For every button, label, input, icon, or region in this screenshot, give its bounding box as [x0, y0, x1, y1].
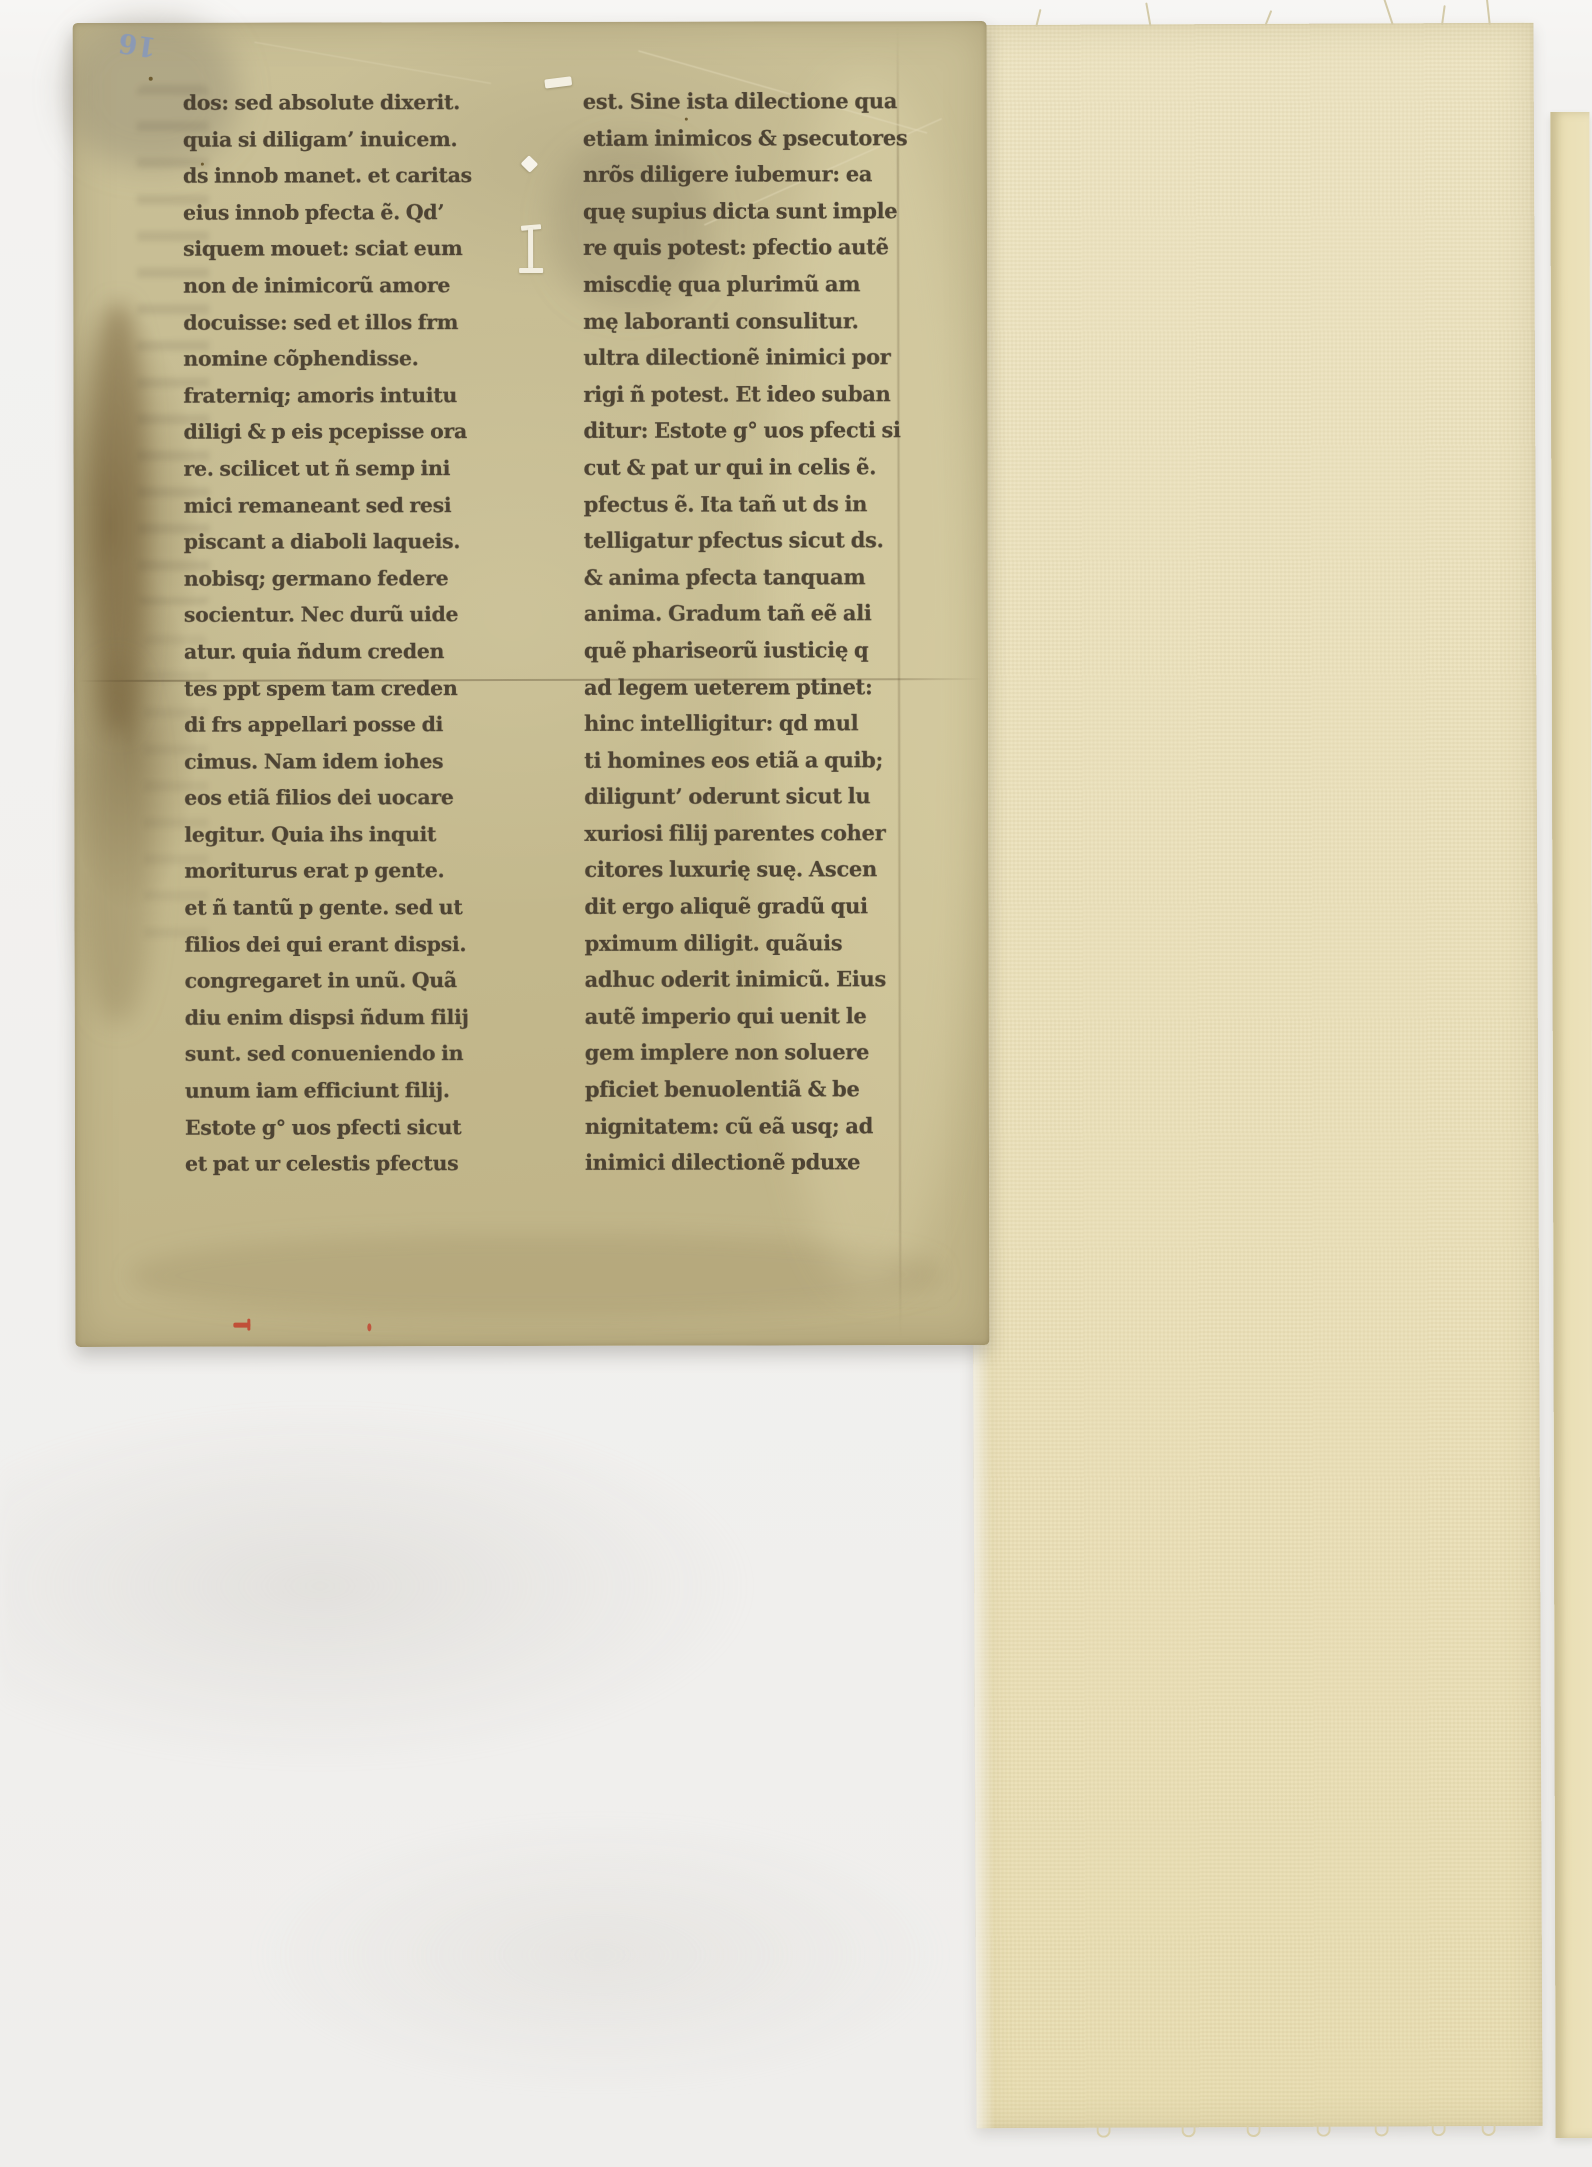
text-line: di frs appellari posse di	[184, 706, 436, 743]
stain	[131, 1233, 941, 1317]
parchment-hole	[521, 155, 539, 173]
red-ink-mark	[367, 1323, 371, 1331]
parchment-leaf: 16 dos: sed absolute dixerit.quia si dil…	[73, 21, 990, 1347]
text-line: pximum diligit. quãuis	[585, 925, 917, 962]
text-line: nomine cõphendisse.	[183, 340, 435, 377]
text-line: pfectus ẽ. Ita tañ ut ds in	[584, 486, 916, 523]
text-line: telligatur pfectus sicut ds.	[584, 522, 916, 559]
text-line: docuisse: sed et illos frm	[183, 304, 435, 341]
text-line: nrõs diligere iubemur: ea	[583, 156, 915, 193]
text-line: rigi ñ potest. Et ideo suban	[583, 376, 915, 413]
text-line: legitur. Quia ihs inquit	[184, 816, 436, 853]
backing-sheet	[967, 23, 1542, 2128]
repair-tape-bar	[519, 268, 543, 273]
thread-loop	[1375, 2124, 1389, 2136]
repair-tape-dash	[544, 76, 572, 88]
text-line: Estote g° uos pfecti sicut	[185, 1109, 437, 1146]
text-line: mę laboranti consulitur.	[583, 303, 915, 340]
text-line: etiam inimicos & psecutores	[583, 120, 915, 157]
cloth-fiber	[1441, 5, 1446, 25]
red-ink-mark	[233, 1323, 250, 1328]
thread-loop	[1432, 2124, 1446, 2136]
text-line: filios dei qui erant dispsi.	[185, 926, 437, 963]
text-line: cut & pat ur qui in celis ẽ.	[584, 449, 916, 486]
text-line: ultra dilectionẽ inimici por	[583, 339, 915, 376]
text-line: cimus. Nam idem iohes	[184, 743, 436, 780]
text-line: sunt. sed conueniendo in	[185, 1036, 437, 1073]
text-line: ds innob manet. et caritas	[183, 157, 435, 194]
document-scan: 16 dos: sed absolute dixerit.quia si dil…	[0, 0, 1592, 2167]
text-line: est. Sine ista dilectione qua	[583, 83, 915, 120]
text-line: piscant a diaboli laqueis.	[184, 523, 436, 560]
text-line: & anima pfecta tanquam	[584, 559, 916, 596]
thread-loop	[1097, 2126, 1111, 2138]
text-line: eos etiã filios dei uocare	[184, 779, 436, 816]
text-line: ti homines eos etiã a quib;	[584, 742, 916, 779]
text-line: ad legem ueterem ptinet:	[584, 669, 916, 706]
text-line: et ñ tantũ p gente. sed ut	[184, 889, 436, 926]
thread-loop	[1182, 2125, 1196, 2137]
cloth-fiber	[1145, 2, 1151, 26]
text-line: hinc intelligitur: qd mul	[584, 705, 916, 742]
background-wrinkle-shading	[0, 1340, 1000, 2160]
text-line: autẽ imperio qui uenit le	[585, 998, 917, 1035]
text-line: anima. Gradum tañ eẽ ali	[584, 596, 916, 633]
text-line: inimici dilectionẽ pduxe	[585, 1144, 917, 1181]
text-line: socientur. Nec durũ uide	[184, 597, 436, 634]
text-line: unum iam efficiunt filij.	[185, 1072, 437, 1109]
cloth-fiber	[1264, 10, 1272, 26]
thread-loop	[1482, 2124, 1496, 2136]
repair-tape-bar	[528, 228, 533, 270]
text-line: ditur: Estote g° uos pfecti si	[583, 413, 915, 450]
thread-loop	[1317, 2125, 1331, 2137]
text-line: xuriosi filij parentes coher	[584, 815, 916, 852]
text-line: re. scilicet ut ñ semp ini	[184, 450, 436, 487]
text-line: diligunt’ oderunt sicut lu	[584, 778, 916, 815]
text-line: atur. quia ñdum creden	[184, 633, 436, 670]
repair-tape-ibeam	[519, 225, 543, 273]
text-line: quia si diligam’ inuicem.	[183, 121, 435, 158]
text-line: eius innob pfecta ẽ. Qd’	[183, 194, 435, 231]
text-line: dit ergo aliquẽ gradũ qui	[584, 888, 916, 925]
text-line: tes ppt spem tam creden	[184, 670, 436, 707]
text-line: pficiet benuolentiã & be	[585, 1071, 917, 1108]
text-line: re quis potest: pfectio autẽ	[583, 230, 915, 267]
cloth-fiber	[1035, 9, 1041, 27]
text-column-left: dos: sed absolute dixerit.quia si diliga…	[183, 84, 437, 1182]
text-line: et pat ur celestis pfectus	[185, 1145, 437, 1182]
text-line: siquem mouet: sciat eum	[183, 231, 435, 268]
text-line: diligi & p eis pcepisse ora	[183, 414, 435, 451]
text-line: gem implere non soluere	[585, 1035, 917, 1072]
stain	[80, 663, 153, 1023]
backing-sheet-right-strip	[1550, 112, 1592, 2138]
folio-number: 16	[117, 26, 158, 62]
text-line: non de inimicorũ amore	[183, 267, 435, 304]
text-line: congregaret in unũ. Quã	[185, 962, 437, 999]
text-line: miscdię qua plurimũ am	[583, 266, 915, 303]
text-line: diu enim dispsi ñdum filij	[185, 999, 437, 1036]
cloth-fiber	[1383, 0, 1394, 25]
text-line: mici remaneant sed resi	[184, 487, 436, 524]
scratch-line	[254, 42, 491, 84]
text-line: quę supius dicta sunt imple	[583, 193, 915, 230]
text-line: fraterniq; amoris intuitu	[183, 377, 435, 414]
text-line: adhuc oderit inimicũ. Eius	[585, 961, 917, 998]
thread-loop	[1247, 2125, 1261, 2137]
cloth-fiber	[1486, 0, 1491, 25]
text-line: dos: sed absolute dixerit.	[183, 84, 435, 121]
text-line: nobisq; germano federe	[184, 560, 436, 597]
ink-speck	[149, 77, 153, 81]
text-column-right: est. Sine ista dilectione quaetiam inimi…	[583, 83, 917, 1182]
text-line: citores luxurię suę. Ascen	[584, 852, 916, 889]
text-line: nignitatem: cũ eã usq; ad	[585, 1108, 917, 1145]
text-line: quẽ phariseorũ iusticię q	[584, 632, 916, 669]
text-line: moriturus erat p gente.	[184, 853, 436, 890]
